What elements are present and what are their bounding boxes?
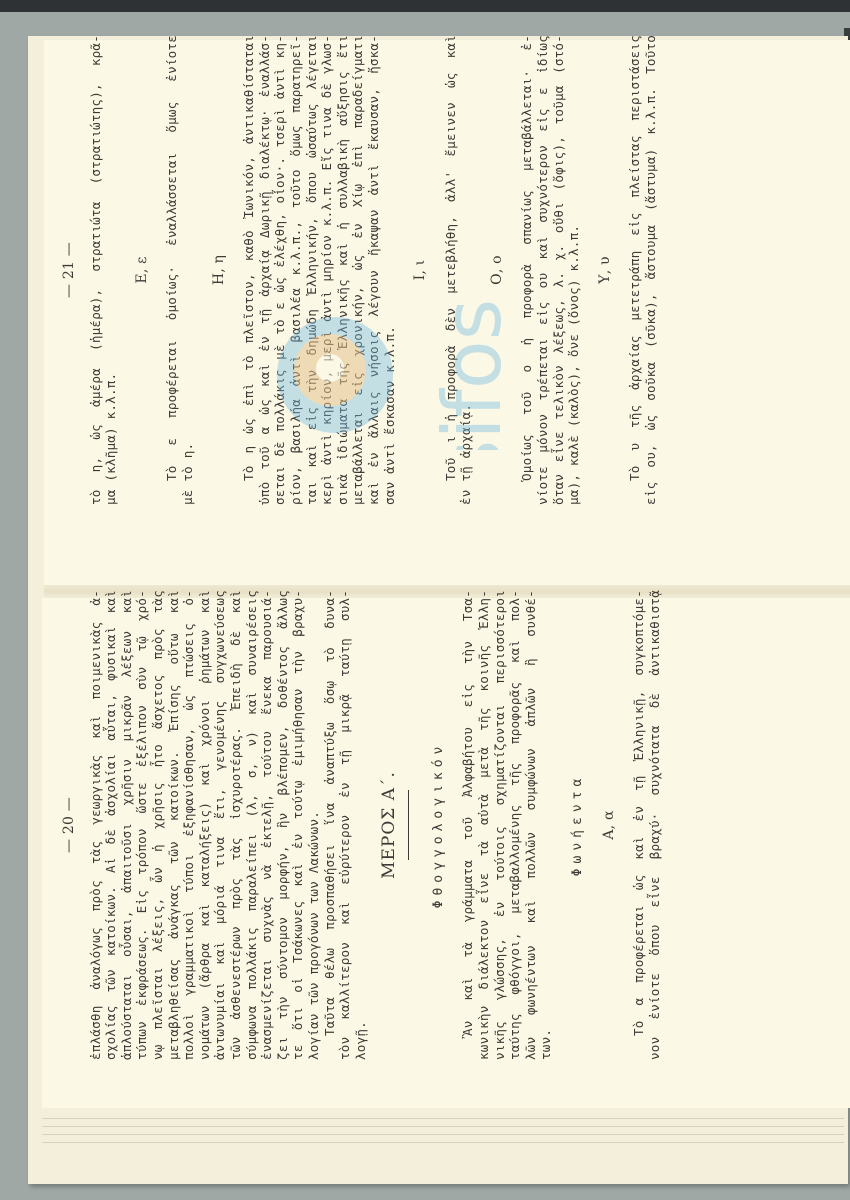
text-line: ἐν τῇ ἀρχαίᾳ.: [458, 35, 474, 505]
text-line: ρίον, βασιλήα ἀντὶ βασιλέα κ.λ.π., τοῦτο…: [288, 35, 304, 505]
text-line: μα (κλῆμα) κ.λ.π.: [103, 35, 119, 505]
text-line: Ἂν καὶ τὰ γράμματα τοῦ Ἀλφαβήτου εἰς τὴν…: [460, 590, 476, 1060]
text-line: ὅταν εἶνε τελικὸν λέξεως, λ. χ. οὔθι (ὄφ…: [551, 35, 567, 505]
text-line: Τοῦ ι ἡ προφορὰ δὲν μετεβλήθη, ἀλλ' ἔμει…: [443, 35, 459, 505]
text-line: λῶν φωνηέντων καὶ πολλῶν συμφώνων ἁπλῶν …: [523, 590, 539, 1060]
text-line: ἀντωνυμίαι καὶ μόριά τινα ἔτι, γενομένης…: [212, 590, 228, 1060]
text-line: εἰς ου, ὡς σοῦκα (σῦκα), ἄστουμα (ἄστυμα…: [643, 35, 659, 505]
text-line: σαν ἀντὶ ἔσκασαν κ.λ.π.: [382, 35, 398, 505]
text-line: ὑπὸ τοῦ α ὡς καὶ ἐν τῇ ἀρχαίᾳ Δωρικῇ δια…: [257, 35, 273, 505]
scanner-top-border: [0, 0, 850, 12]
page-edge: [42, 1126, 844, 1127]
text-line: των.: [538, 590, 554, 1060]
text-line: σεται δὲ πολλάκις μὲ τὸ ε ὡς ἐλέχθη, οἷο…: [272, 35, 288, 505]
text-line: σχολίας τῶν κατοίκων. Αἱ δὲ ἀσχολίαι αὗτ…: [103, 590, 119, 1060]
divider: [408, 790, 409, 860]
text-line: λογίαν τῶν προγόνων των Λακώνων.: [306, 590, 322, 1060]
text-line: ζει τὴν σύντομον μορφήν, ἣν βλέπομεν, δο…: [275, 590, 291, 1060]
text-line: Τὸ α προφέρεται ὡς καὶ ἐν τῇ Ἑλληνικῇ, σ…: [631, 590, 647, 1060]
text-line: τὸ η, ὡς ἀμέρα (ἡμέρα), στρατιώτα (στρατ…: [88, 35, 104, 505]
text-line: κερὶ ἀντὶ κηρίον, μερὶ ἀντὶ μηρίον κ.λ.π…: [319, 35, 335, 505]
letter-heading: Ε, ε: [135, 35, 151, 505]
text-line: τε ὅτι οἱ Τσάκωνες καὶ ἐν τούτῳ ἐμιμήθησ…: [290, 590, 306, 1060]
text-line: καὶ ἐν ἄλλαις νήσοις λέγουν ἤκαψαν ἀντὶ …: [366, 35, 382, 505]
text-line: ἐνασμενίζεται συχνὰς νὰ ἐκτελῇ, τούτου ἕ…: [259, 590, 275, 1060]
page-21-text: — 21 — τὸ η, ὡς ἀμέρα (ἡμέρα), στρατιώτα…: [62, 35, 659, 505]
text-line: ἐπλάσθη ἀναλόγως πρὸς τὰς γεωργικὰς καὶ …: [88, 590, 104, 1060]
part-title: ΜΕΡΟΣ Α΄.: [382, 590, 398, 1060]
page-edge: [42, 1134, 844, 1135]
text-line: σύμφωνα πολλάκις παραλείπει (λ, σ, ν) κα…: [244, 590, 260, 1060]
letter-heading: Ο, ο: [490, 35, 506, 505]
text-line: Τὸ υ τῆς ἀρχαίας μετετράπη εἰς πλείστας …: [627, 35, 643, 505]
subsection-title: Φωνήεντα: [570, 590, 586, 1060]
text-line: νον ἐνίοτε ὅπου εἶνε βραχύ· συχνότατα δὲ…: [647, 590, 663, 1060]
text-line: ται καὶ εἰς τὴν δημώδη Ἑλληνικήν, ὅπου ὡ…: [304, 35, 320, 505]
text-line: κωνικὴν διάλεκτον εἶνε τὰ αὐτὰ μετὰ τῆς …: [476, 590, 492, 1060]
page-edge: [42, 1142, 844, 1143]
letter-heading: Υ, υ: [598, 35, 614, 505]
text-line: μεταβάλλεται εἰς χρονικήν, ὡς ἐν Χίῳ ἐπὶ…: [350, 35, 366, 505]
text-line: σικὰ ἰδιώματα τῆς Ἑλληνικῆς καὶ ἡ συλλαβ…: [335, 35, 351, 505]
text-line: Τὸ η ὡς ἐπὶ τὸ πλεῖστον, καθὸ Ἰωνικόν, ἀ…: [241, 35, 257, 505]
text-line: λογῇ.: [353, 590, 369, 1060]
page-20-text: — 20 — ἐπλάσθη ἀναλόγως πρὸς τὰς γεωργικ…: [62, 590, 662, 1060]
text-line: μα), καλὲ (καλὸς), ὄνε (ὄνος) κ.λ.π.: [566, 35, 582, 505]
text-line: μὲ τὸ η.: [180, 35, 196, 505]
text-line: ταύτης φθόγγοι, μεταβαλλομένης τῆς προφο…: [507, 590, 523, 1060]
section-title: Φθογγολογικόν: [431, 590, 447, 1060]
text-line: τῶν ἀσθενεστέρων πρὸς τὰς ἰσχυροτέρας. Ἐ…: [228, 590, 244, 1060]
text-line: τύπων ἐκφράσεως. Εἰς τρόπον ὥστε ἐξέλιπο…: [134, 590, 150, 1060]
text-line: ἁπλούσταται οὖσαι, ἀπαιτοῦσι χρῆσιν μικρ…: [119, 590, 135, 1060]
text-line: Τὸ ε προφέρεται ὁμοίως· ἐναλλάσσεται ὅμω…: [164, 35, 180, 505]
page-edge: [42, 1118, 844, 1119]
text-line: Ταῦτα θέλω προσπαθήσει ἵνα ἀναπτύξω ὅσῳ …: [322, 590, 338, 1060]
text-line: τὸν καλλίτερον καὶ εὐρύτερον ἐν τῇ μικρᾷ…: [337, 590, 353, 1060]
text-line: πολλοὶ γραμματικοὶ τύποι ἐξηφανίσθησαν, …: [181, 590, 197, 1060]
text-line: μεταβληθείσας ἀνάγκας τῶν κατοίκων. Ἐπίσ…: [166, 590, 182, 1060]
text-line: Ὁμοίως τοῦ ο ἡ προφορὰ σπανίως μεταβάλλε…: [519, 35, 535, 505]
text-line: νῳ πλεῖσται λέξεις, ὧν ἡ χρῆσις ἦτο ἄσχε…: [150, 590, 166, 1060]
letter-heading: Α, α: [602, 590, 618, 1060]
letter-heading: Η, η: [212, 35, 228, 505]
letter-heading: Ι, ι: [413, 35, 429, 505]
text-line: νικῆς γλώσσης, ἐν τούτοις σχηματίζονται …: [492, 590, 508, 1060]
text-line: νίοτε μόνον τρέπεται εἰς ου καὶ συχνότερ…: [535, 35, 551, 505]
page-number: — 21 —: [62, 35, 78, 505]
page-number: — 20 —: [62, 590, 78, 1060]
text-line: νομάτων (ἄρθρα καὶ καταλήξεις) καὶ χρόνο…: [197, 590, 213, 1060]
